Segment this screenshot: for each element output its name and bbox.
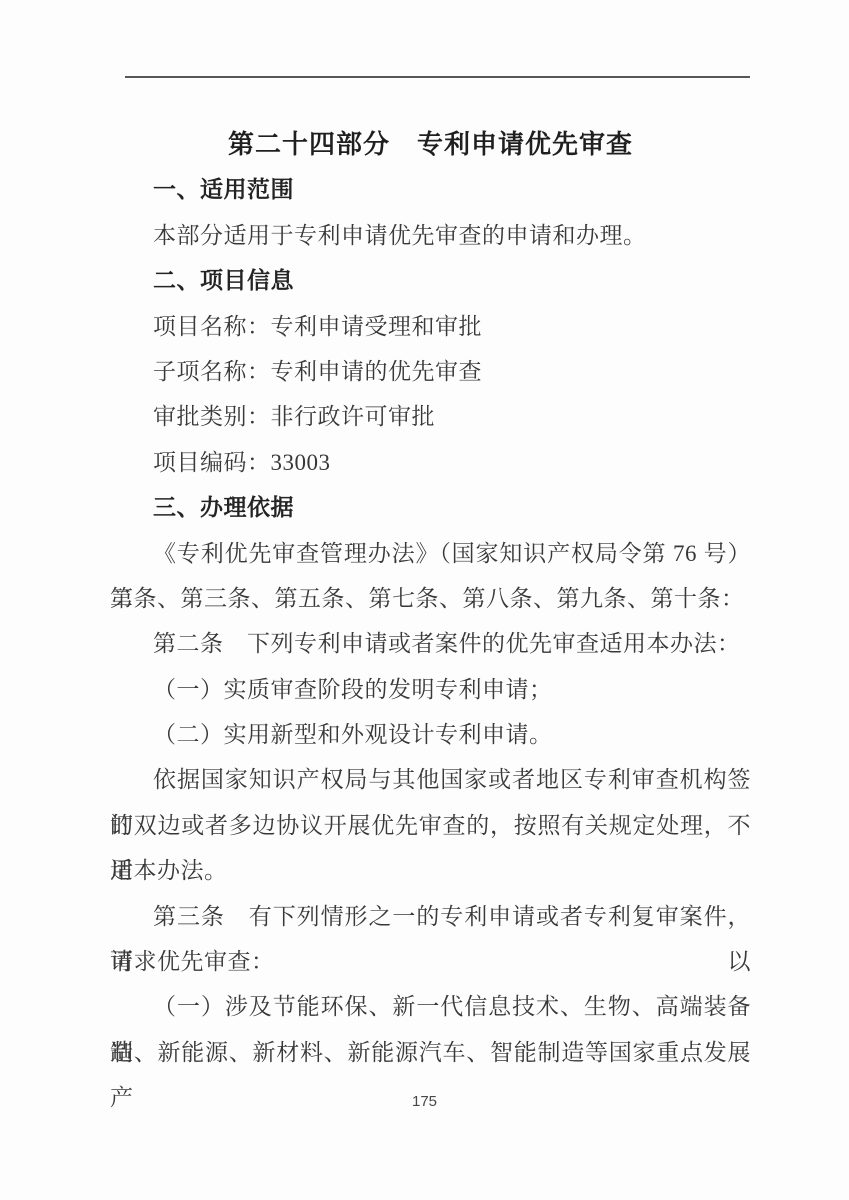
document-page: 第二十四部分 专利申请优先审查 一、适用范围 本部分适用于专利申请优先审查的申请… <box>0 0 849 1200</box>
body-line: 造、新能源、新材料、新能源汽车、智能制造等国家重点发展产 <box>110 1030 751 1075</box>
body-line: 二条、第三条、第五条、第七条、第八条、第九条、第十条： <box>110 576 751 621</box>
body-line: 依据国家知识产权局与其他国家或者地区专利审查机构签订 <box>110 757 751 802</box>
body-line: 的双边或者多边协议开展优先审查的，按照有关规定处理，不适 <box>110 803 751 848</box>
body-line: （二）实用新型和外观设计专利申请。 <box>110 712 751 757</box>
header-divider-rule <box>125 76 750 78</box>
body-line: 用本办法。 <box>110 848 751 893</box>
section-heading-scope: 一、适用范围 <box>110 167 751 212</box>
subitem-name-line: 子项名称：专利申请的优先审查 <box>110 349 751 394</box>
section-heading-legal-basis: 三、办理依据 <box>110 485 751 530</box>
body-line: 第二条 下列专利申请或者案件的优先审查适用本办法： <box>110 621 751 666</box>
body-line: （一）涉及节能环保、新一代信息技术、生物、高端装备制 <box>110 984 751 1029</box>
document-title: 第二十四部分 专利申请优先审查 <box>110 122 751 167</box>
section-heading-project-info: 二、项目信息 <box>110 258 751 303</box>
document-body: 第二十四部分 专利申请优先审查 一、适用范围 本部分适用于专利申请优先审查的申请… <box>110 122 751 1075</box>
body-line: 第三条 有下列情形之一的专利申请或者专利复审案件，可以 <box>110 894 751 939</box>
project-name-line: 项目名称：专利申请受理和审批 <box>110 304 751 349</box>
project-code-line: 项目编码：33003 <box>110 440 751 485</box>
approval-category-line: 审批类别：非行政许可审批 <box>110 394 751 439</box>
body-line: 本部分适用于专利申请优先审查的申请和办理。 <box>110 213 751 258</box>
body-line: （一）实质审查阶段的发明专利申请； <box>110 667 751 712</box>
body-line: 《专利优先审查管理办法》（国家知识产权局令第 76 号）第 <box>110 531 751 576</box>
page-number: 175 <box>0 1090 849 1114</box>
